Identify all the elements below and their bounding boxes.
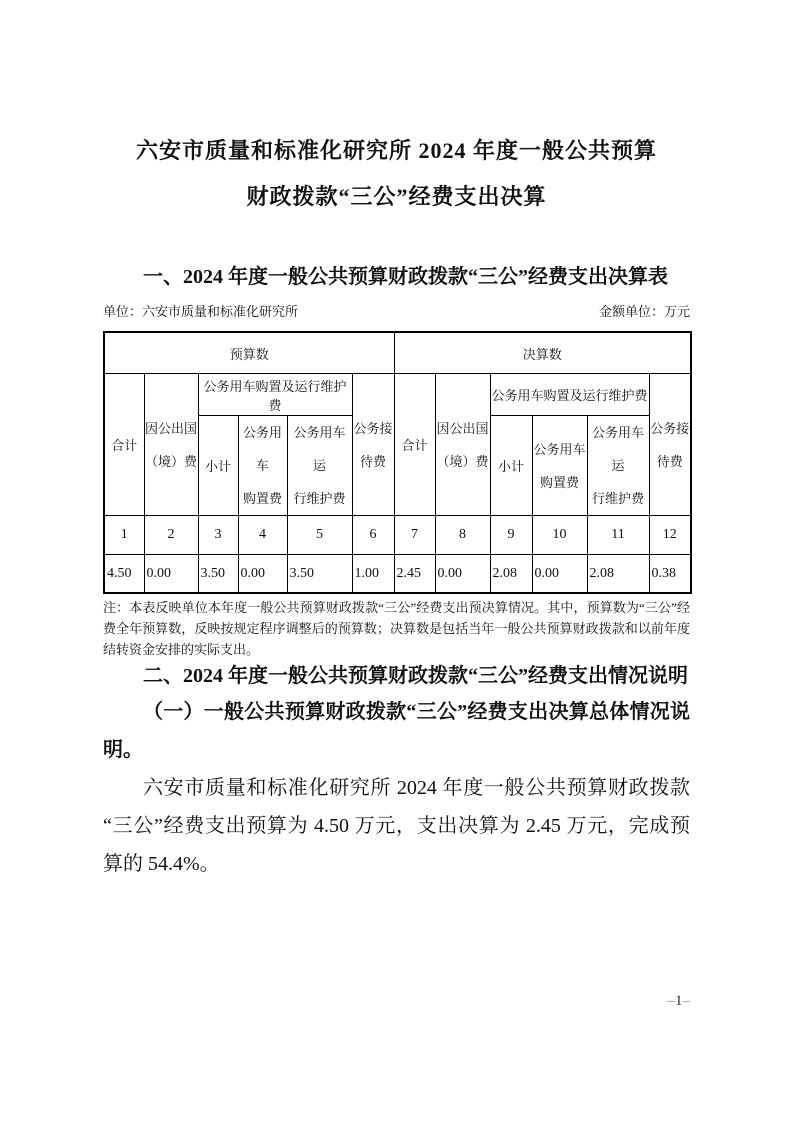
subsection-1-heading: （一）一般公共预算财政拨款“三公”经费支出决算总体情况说明。 <box>103 693 690 769</box>
section-2-heading: 二、2024 年度一般公共预算财政拨款“三公”经费支出情况说明 <box>103 657 690 695</box>
operation-header-final-line-1: 公务用车运 <box>588 416 649 482</box>
reception-header-final-line-1: 公务接 <box>650 412 691 445</box>
value-cell: 1.00 <box>352 555 394 594</box>
purchase-header-budget-line-2: 购置费 <box>239 482 287 515</box>
column-number-cell: 2 <box>144 516 198 555</box>
operation-header-budget-line-1: 公务用车运 <box>288 416 352 482</box>
document-title: 六安市质量和标准化研究所 2024 年度一般公共预算 财政拨款“三公”经费支出决… <box>103 128 690 220</box>
purchase-header-final-line-1: 公务用车 <box>533 433 587 466</box>
reception-header-budget: 公务接 待费 <box>352 374 394 516</box>
column-number-cell: 10 <box>532 516 587 555</box>
column-number-cell: 8 <box>435 516 490 555</box>
table-note: 注：本表反映单位本年度一般公共预算财政拨款“三公”经费支出预决算情况。其中，预算… <box>103 597 690 660</box>
abroad-header-budget-line-2: （境）费 <box>145 445 198 478</box>
operation-header-budget-line-2: 行维护费 <box>288 482 352 515</box>
value-cell: 0.00 <box>435 555 490 594</box>
section-1-heading: 一、2024 年度一般公共预算财政拨款“三公”经费支出决算表 <box>103 258 690 296</box>
budget-group-header: 预算数 <box>104 332 394 374</box>
abroad-header-budget: 因公出国 （境）费 <box>144 374 198 516</box>
table-group-header-row: 预算数 决算数 <box>104 332 691 374</box>
reception-header-final-line-2: 待费 <box>650 445 691 478</box>
value-cell: 3.50 <box>198 555 238 594</box>
operation-header-budget: 公务用车运 行维护费 <box>287 416 352 516</box>
column-number-cell: 3 <box>198 516 238 555</box>
value-cell: 0.38 <box>649 555 691 594</box>
purchase-header-final-line-2: 购置费 <box>533 466 587 499</box>
column-number-cell: 9 <box>490 516 532 555</box>
page-number: –1– <box>103 993 690 1010</box>
vehicle-group-header-final: 公务用车购置及运行维护费 <box>490 374 649 416</box>
purchase-header-budget: 公务用车 购置费 <box>238 416 287 516</box>
value-cell: 4.50 <box>104 555 144 594</box>
amount-unit-label: 金额单位：万元 <box>599 302 690 322</box>
column-number-cell: 7 <box>394 516 435 555</box>
body-paragraph: 六安市质量和标准化研究所 2024 年度一般公共预算财政拨款“三公”经费支出预算… <box>103 769 690 883</box>
column-number-cell: 4 <box>238 516 287 555</box>
page-number-dash-right: – <box>683 993 691 1009</box>
document-title-line-1: 六安市质量和标准化研究所 2024 年度一般公共预算 <box>103 128 690 174</box>
value-cell: 3.50 <box>287 555 352 594</box>
value-cell: 0.00 <box>238 555 287 594</box>
page-number-value: 1 <box>675 993 683 1009</box>
total-header-final: 合计 <box>394 374 435 516</box>
reception-header-budget-line-1: 公务接 <box>353 412 394 445</box>
value-cell: 2.45 <box>394 555 435 594</box>
value-cell: 0.00 <box>532 555 587 594</box>
subtotal-header-budget: 小计 <box>198 416 238 516</box>
reception-header-final: 公务接 待费 <box>649 374 691 516</box>
column-number-cell: 6 <box>352 516 394 555</box>
column-number-cell: 11 <box>587 516 649 555</box>
operation-header-final-line-2: 行维护费 <box>588 482 649 515</box>
column-number-cell: 5 <box>287 516 352 555</box>
value-cell: 0.00 <box>144 555 198 594</box>
purchase-header-final: 公务用车 购置费 <box>532 416 587 516</box>
value-row: 4.50 0.00 3.50 0.00 3.50 1.00 2.45 0.00 … <box>104 555 691 594</box>
document-title-line-2: 财政拨款“三公”经费支出决算 <box>103 174 690 220</box>
abroad-header-final: 因公出国 （境）费 <box>435 374 490 516</box>
purchase-header-budget-line-1: 公务用车 <box>239 416 287 482</box>
final-group-header: 决算数 <box>394 332 691 374</box>
total-header-budget: 合计 <box>104 374 144 516</box>
reception-header-budget-line-2: 待费 <box>353 445 394 478</box>
table-caption-row: 单位：六安市质量和标准化研究所 金额单位：万元 <box>103 302 690 322</box>
operation-header-final: 公务用车运 行维护费 <box>587 416 649 516</box>
unit-label: 单位：六安市质量和标准化研究所 <box>103 302 298 322</box>
table-header-band-row: 合计 因公出国 （境）费 公务用车购置及运行维护费 公务接 待费 合计 因公出国… <box>104 374 691 416</box>
value-cell: 2.08 <box>587 555 649 594</box>
three-public-expense-table: 预算数 决算数 合计 因公出国 （境）费 公务用车购置及运行维护费 公务接 待费… <box>103 331 692 594</box>
column-number-cell: 12 <box>649 516 691 555</box>
document-page: { "document": { "title_lines": [ "六安市质量和… <box>0 0 793 1122</box>
abroad-header-budget-line-1: 因公出国 <box>145 412 198 445</box>
subtotal-header-final: 小计 <box>490 416 532 516</box>
abroad-header-final-line-2: （境）费 <box>436 445 490 478</box>
page-content: 六安市质量和标准化研究所 2024 年度一般公共预算 财政拨款“三公”经费支出决… <box>103 0 690 883</box>
column-number-row: 1 2 3 4 5 6 7 8 9 10 11 12 <box>104 516 691 555</box>
column-number-cell: 1 <box>104 516 144 555</box>
abroad-header-final-line-1: 因公出国 <box>436 412 490 445</box>
page-number-dash-left: – <box>668 993 676 1009</box>
value-cell: 2.08 <box>490 555 532 594</box>
vehicle-group-header-budget: 公务用车购置及运行维护费 <box>198 374 352 416</box>
